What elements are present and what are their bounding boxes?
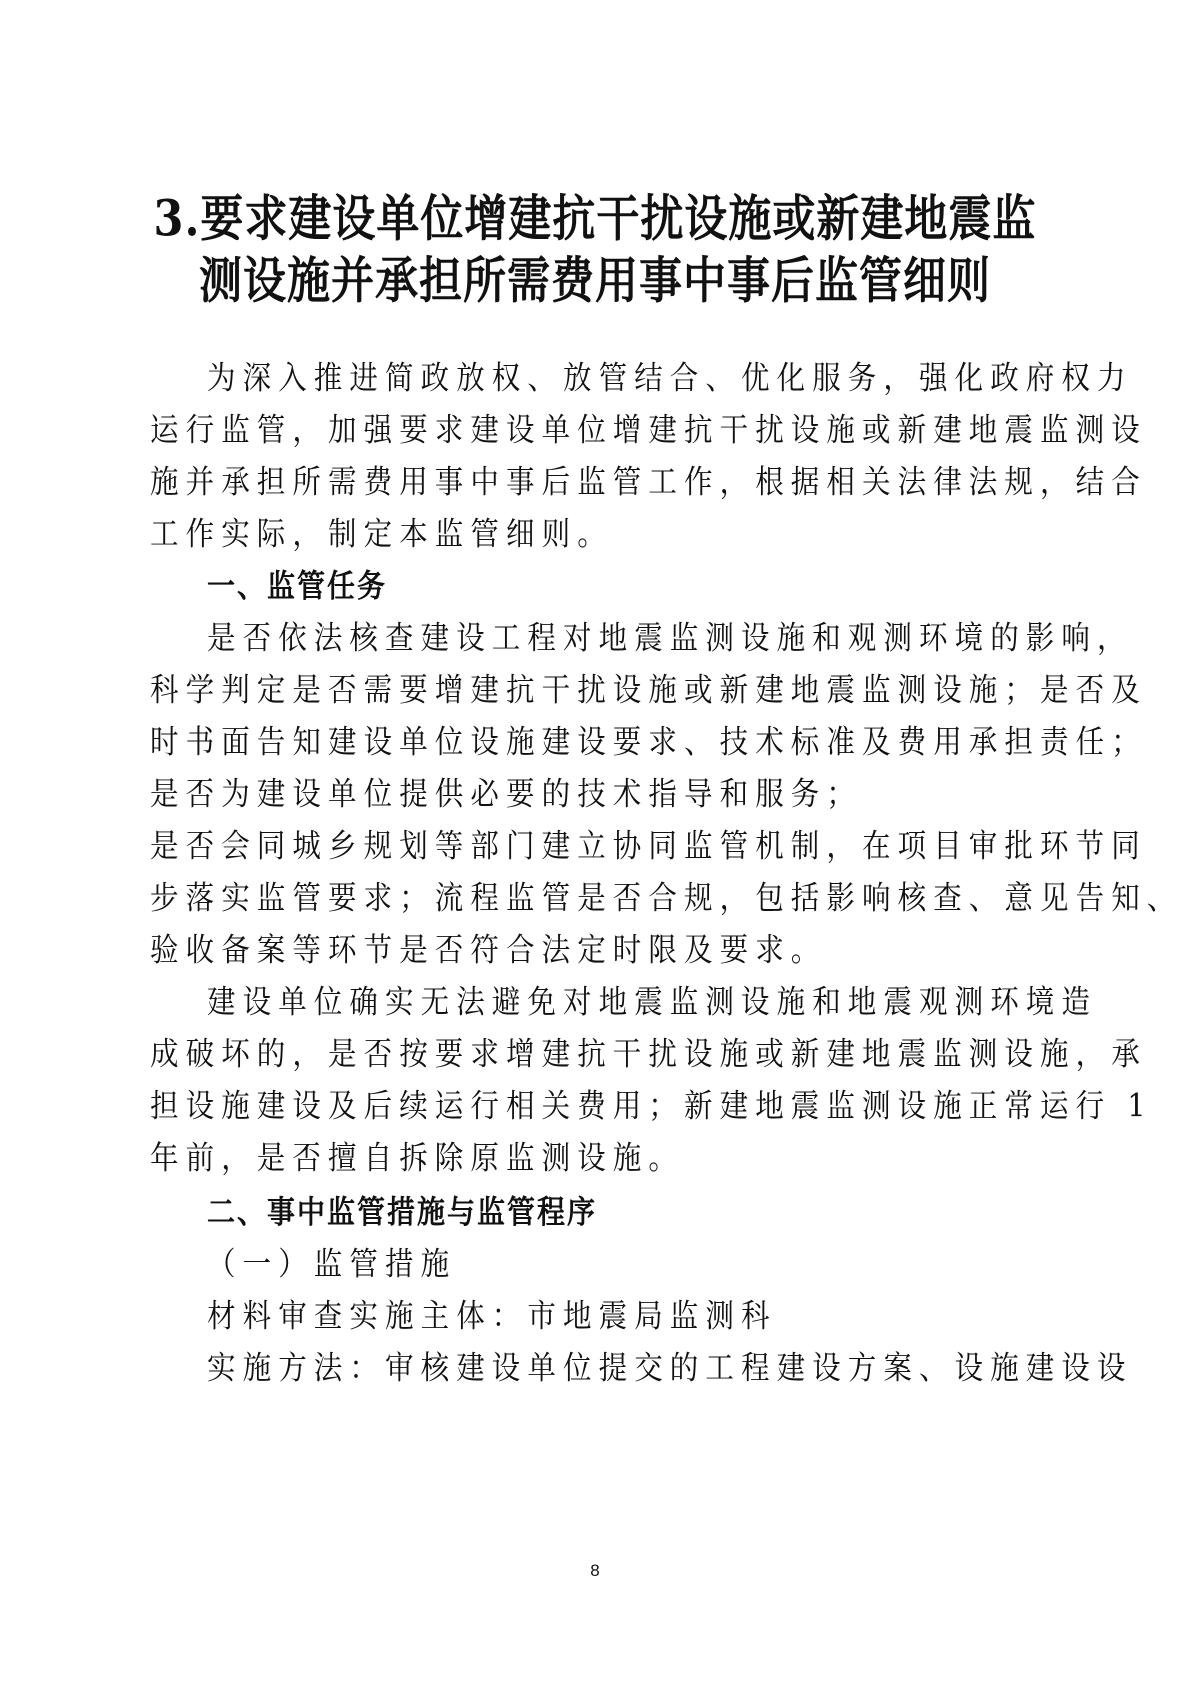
document-title-line-1: 3.要求建设单位增建抗干扰设施或新建地震监 — [140, 186, 1050, 253]
paragraph-line: 为深入推进简政放权、放管结合、优化服务，强化政府权力 — [207, 356, 1107, 401]
paragraph-line: 科学判定是否需要增建抗干扰设施或新建地震监测设施；是否及 — [150, 668, 1050, 713]
paragraph-line: 实施方法：审核建设单位提交的工程建设方案、设施建设设 — [207, 1346, 1107, 1391]
paragraph-line: 年前，是否擅自拆除原监测设施。 — [150, 1136, 1050, 1181]
paragraph-line: 步落实监管要求；流程监管是否合规，包括影响核查、意见告知、 — [150, 876, 1050, 921]
paragraph-line: 担设施建设及后续运行相关费用；新建地震监测设施正常运行 1 — [150, 1084, 1050, 1129]
paragraph-line: 是否会同城乡规划等部门建立协同监管机制，在项目审批环节同 — [150, 824, 1050, 869]
section-heading-1: 一、监管任务 — [207, 564, 1107, 609]
paragraph-line: 施并承担所需费用事中事后监管工作，根据相关法律法规，结合 — [150, 460, 1050, 505]
document-title-line-2: 测设施并承担所需费用事中事后监管细则 — [140, 248, 1050, 315]
paragraph-line: 是否为建设单位提供必要的技术指导和服务； — [150, 772, 1050, 817]
section-heading-2: 二、事中监管措施与监管程序 — [207, 1190, 1107, 1235]
document-page: 3.要求建设单位增建抗干扰设施或新建地震监 测设施并承担所需费用事中事后监管细则… — [0, 0, 1190, 1683]
page-number: 8 — [0, 1561, 1190, 1581]
paragraph-line: 运行监管，加强要求建设单位增建抗干扰设施或新建地震监测设 — [150, 408, 1050, 453]
paragraph-line: 成破坏的，是否按要求增建抗干扰设施或新建地震监测设施，承 — [150, 1032, 1050, 1077]
paragraph-line: 材料审查实施主体：市地震局监测科 — [207, 1294, 1107, 1339]
paragraph-line: 是否依法核查建设工程对地震监测设施和观测环境的影响， — [207, 616, 1107, 661]
paragraph-line: 建设单位确实无法避免对地震监测设施和地震观测环境造 — [207, 980, 1107, 1025]
paragraph-line: 时书面告知建设单位设施建设要求、技术标准及费用承担责任； — [150, 720, 1050, 765]
paragraph-line: 验收备案等环节是否符合法定时限及要求。 — [150, 928, 1050, 973]
subsection-heading: （一）监管措施 — [207, 1242, 1107, 1287]
paragraph-line: 工作实际，制定本监管细则。 — [150, 512, 1050, 557]
